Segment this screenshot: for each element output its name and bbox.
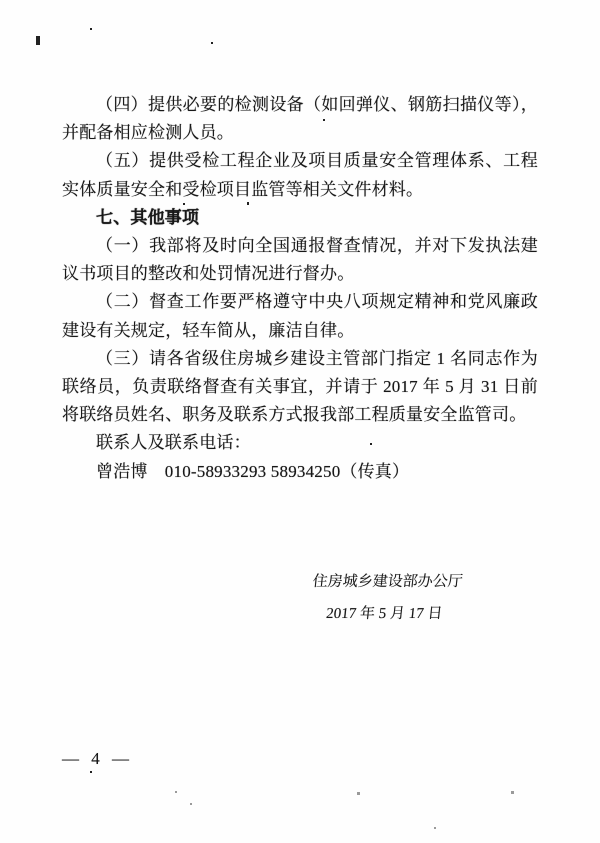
scan-speck: [190, 803, 192, 805]
clause-4-paragraph: （四）提供必要的检测设备（如回弹仪、钢筋扫描仪等），并配备相应检测人员。: [62, 91, 538, 147]
scanned-document-page: （四）提供必要的检测设备（如回弹仪、钢筋扫描仪等），并配备相应检测人员。 （五）…: [0, 0, 600, 843]
scan-speck: [357, 792, 360, 795]
scan-speck: [90, 28, 92, 30]
scan-speck: [211, 42, 213, 44]
scan-speck: [90, 771, 92, 773]
closing-block: 住房城乡建设部办公厅 2017 年 5 月 17 日: [295, 566, 478, 630]
page-number: — 4 —: [62, 749, 133, 769]
item-2-paragraph: （二）督查工作要严格遵守中央八项规定精神和党风廉政建设有关规定，轻车简从，廉洁自…: [62, 288, 538, 344]
scan-speck: [434, 827, 436, 829]
contact-info: 曾浩博 010-58933293 58934250（传真）: [62, 458, 538, 486]
issuing-authority: 住房城乡建设部办公厅: [298, 566, 477, 598]
item-1-paragraph: （一）我部将及时向全国通报督查情况，并对下发执法建议书项目的整改和处罚情况进行督…: [62, 232, 538, 288]
scan-speck: [36, 36, 40, 45]
section-7-heading: 七、其他事项: [62, 204, 538, 232]
scan-speck: [511, 791, 514, 794]
scan-speck: [175, 791, 177, 793]
issue-date: 2017 年 5 月 17 日: [295, 598, 474, 630]
item-3-paragraph: （三）请各省级住房城乡建设主管部门指定 1 名同志作为联络员，负责联络督查有关事…: [62, 345, 538, 430]
clause-5-paragraph: （五）提供受检工程企业及项目质量安全管理体系、工程实体质量安全和受检项目监管等相…: [62, 147, 538, 203]
document-body: （四）提供必要的检测设备（如回弹仪、钢筋扫描仪等），并配备相应检测人员。 （五）…: [62, 91, 538, 486]
contact-label: 联系人及联系电话：: [62, 429, 538, 457]
